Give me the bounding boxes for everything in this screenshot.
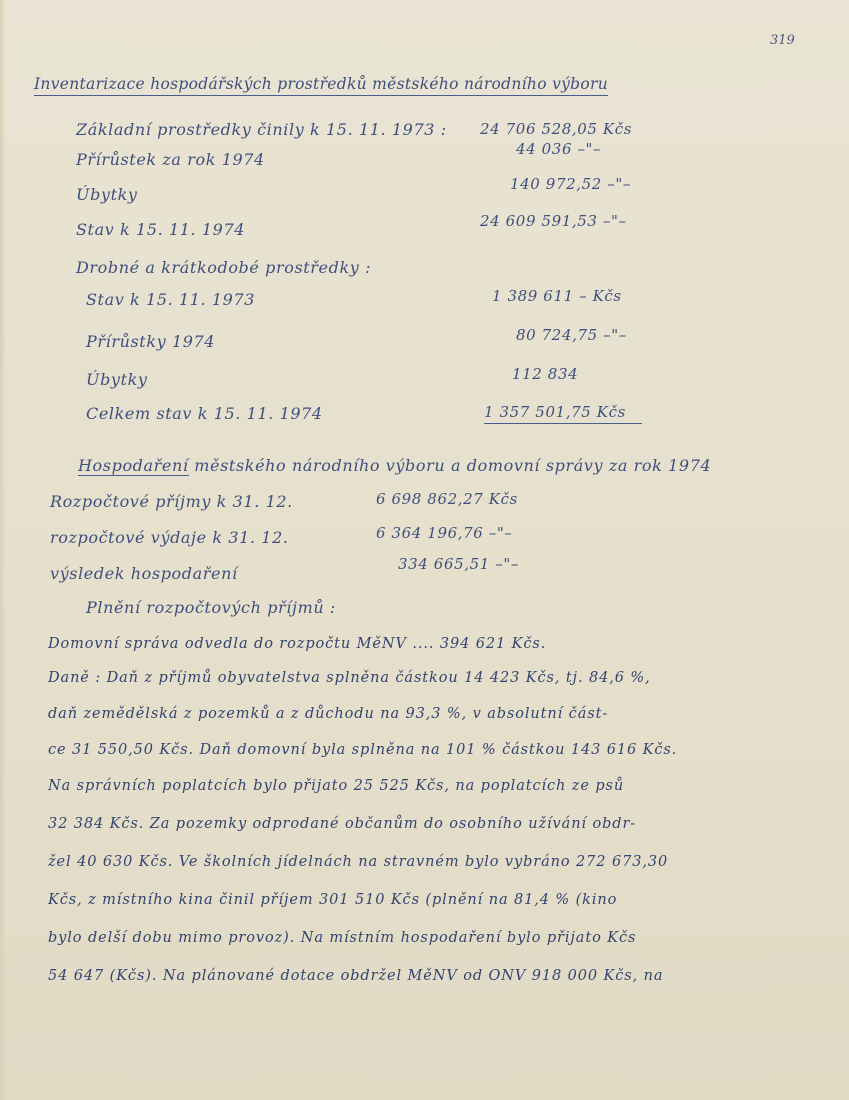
paragraph-line-2: daň zemědělská z pozemků a z důchodu na … — [48, 706, 608, 722]
paragraph-line-6: žel 40 630 Kčs. Ve školních jídelnách na… — [48, 854, 668, 870]
paragraph-line-8: bylo delší dobu mimo provoz). Na místním… — [48, 930, 636, 946]
small-assets-value-2: 112 834 — [512, 365, 578, 383]
small-assets-label-3: Celkem stav k 15. 11. 1974 — [86, 404, 323, 423]
small-assets-heading: Drobné a krátkodobé prostředky : — [76, 258, 371, 277]
fixed-assets-label-3: Stav k 15. 11. 1974 — [76, 220, 245, 239]
fixed-assets-label-2: Úbytky — [76, 185, 138, 204]
budget-fulfillment-heading: Plnění rozpočtových příjmů : — [86, 598, 336, 617]
management-label-1: rozpočtové výdaje k 31. 12. — [50, 528, 289, 547]
management-heading: Hospodaření městského národního výboru a… — [78, 456, 711, 475]
paragraph-line-4: Na správních poplatcích bylo přijato 25 … — [48, 778, 624, 794]
fixed-assets-label-0: Základní prostředky činily k 15. 11. 197… — [76, 120, 447, 139]
fixed-assets-value-0: 24 706 528,05 Kčs — [480, 120, 632, 138]
small-assets-label-0: Stav k 15. 11. 1973 — [86, 290, 255, 309]
management-heading-underlined: Hospodaření — [78, 456, 189, 476]
page-edge-shadow — [0, 0, 6, 1100]
small-assets-total-value: 1 357 501,75 Kčs — [484, 403, 642, 424]
document-title: Inventarizace hospodářských prostředků m… — [34, 75, 608, 96]
paragraph-line-3: ce 31 550,50 Kčs. Daň domovní byla splně… — [48, 742, 677, 758]
page-number: 319 — [770, 33, 795, 48]
management-label-0: Rozpočtové příjmy k 31. 12. — [50, 492, 293, 511]
paragraph-line-7: Kčs, z místního kina činil příjem 301 51… — [48, 892, 617, 908]
management-value-2: 334 665,51 –"– — [398, 555, 519, 573]
paragraph-line-9: 54 647 (Kčs). Na plánované dotace obdrže… — [48, 968, 663, 984]
fixed-assets-value-3: 24 609 591,53 –"– — [480, 212, 627, 230]
management-value-1: 6 364 196,76 –"– — [376, 524, 512, 542]
paragraph-line-0: Domovní správa odvedla do rozpočtu MěNV … — [48, 636, 546, 652]
management-value-0: 6 698 862,27 Kčs — [376, 490, 518, 508]
management-label-2: výsledek hospodaření — [50, 564, 238, 583]
paragraph-line-5: 32 384 Kčs. Za pozemky odprodané občanům… — [48, 816, 636, 832]
small-assets-label-1: Přírůstky 1974 — [86, 332, 215, 351]
management-heading-rest: městského národního výboru a domovní spr… — [194, 456, 711, 475]
fixed-assets-label-1: Přírůstek za rok 1974 — [76, 150, 265, 169]
small-assets-value-1: 80 724,75 –"– — [516, 326, 627, 344]
small-assets-label-2: Úbytky — [86, 370, 148, 389]
document-page: 319 Inventarizace hospodářských prostřed… — [0, 0, 849, 1100]
fixed-assets-value-1: 44 036 –"– — [516, 140, 601, 158]
small-assets-value-0: 1 389 611 – Kčs — [492, 287, 622, 305]
paragraph-line-1: Daně : Daň z příjmů obyvatelstva splněna… — [48, 670, 651, 686]
fixed-assets-value-2: 140 972,52 –"– — [510, 175, 631, 193]
